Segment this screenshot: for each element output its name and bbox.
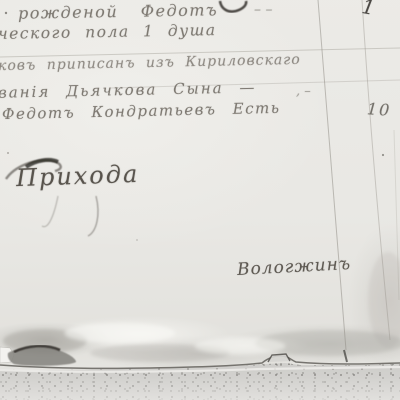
handwriting-line-1-dashes: – – xyxy=(254,2,272,18)
handwriting-line-4-dashes: , – xyxy=(296,84,311,99)
handwriting-flourish-word: Прихода xyxy=(16,160,140,192)
handwriting-line-2: ческого пола 1 душа xyxy=(0,21,217,43)
manuscript-photo: рожденой Федотъ – – ческого пола 1 душа … xyxy=(0,0,400,400)
margin-number-row: 10 xyxy=(366,99,392,120)
paper-specks xyxy=(5,12,384,241)
handwriting-line-1: рожденой Федотъ xyxy=(18,0,218,22)
top-bracket-mark xyxy=(220,1,246,12)
edge-fold-tab xyxy=(268,354,290,362)
vertical-rule-1 xyxy=(318,0,346,350)
